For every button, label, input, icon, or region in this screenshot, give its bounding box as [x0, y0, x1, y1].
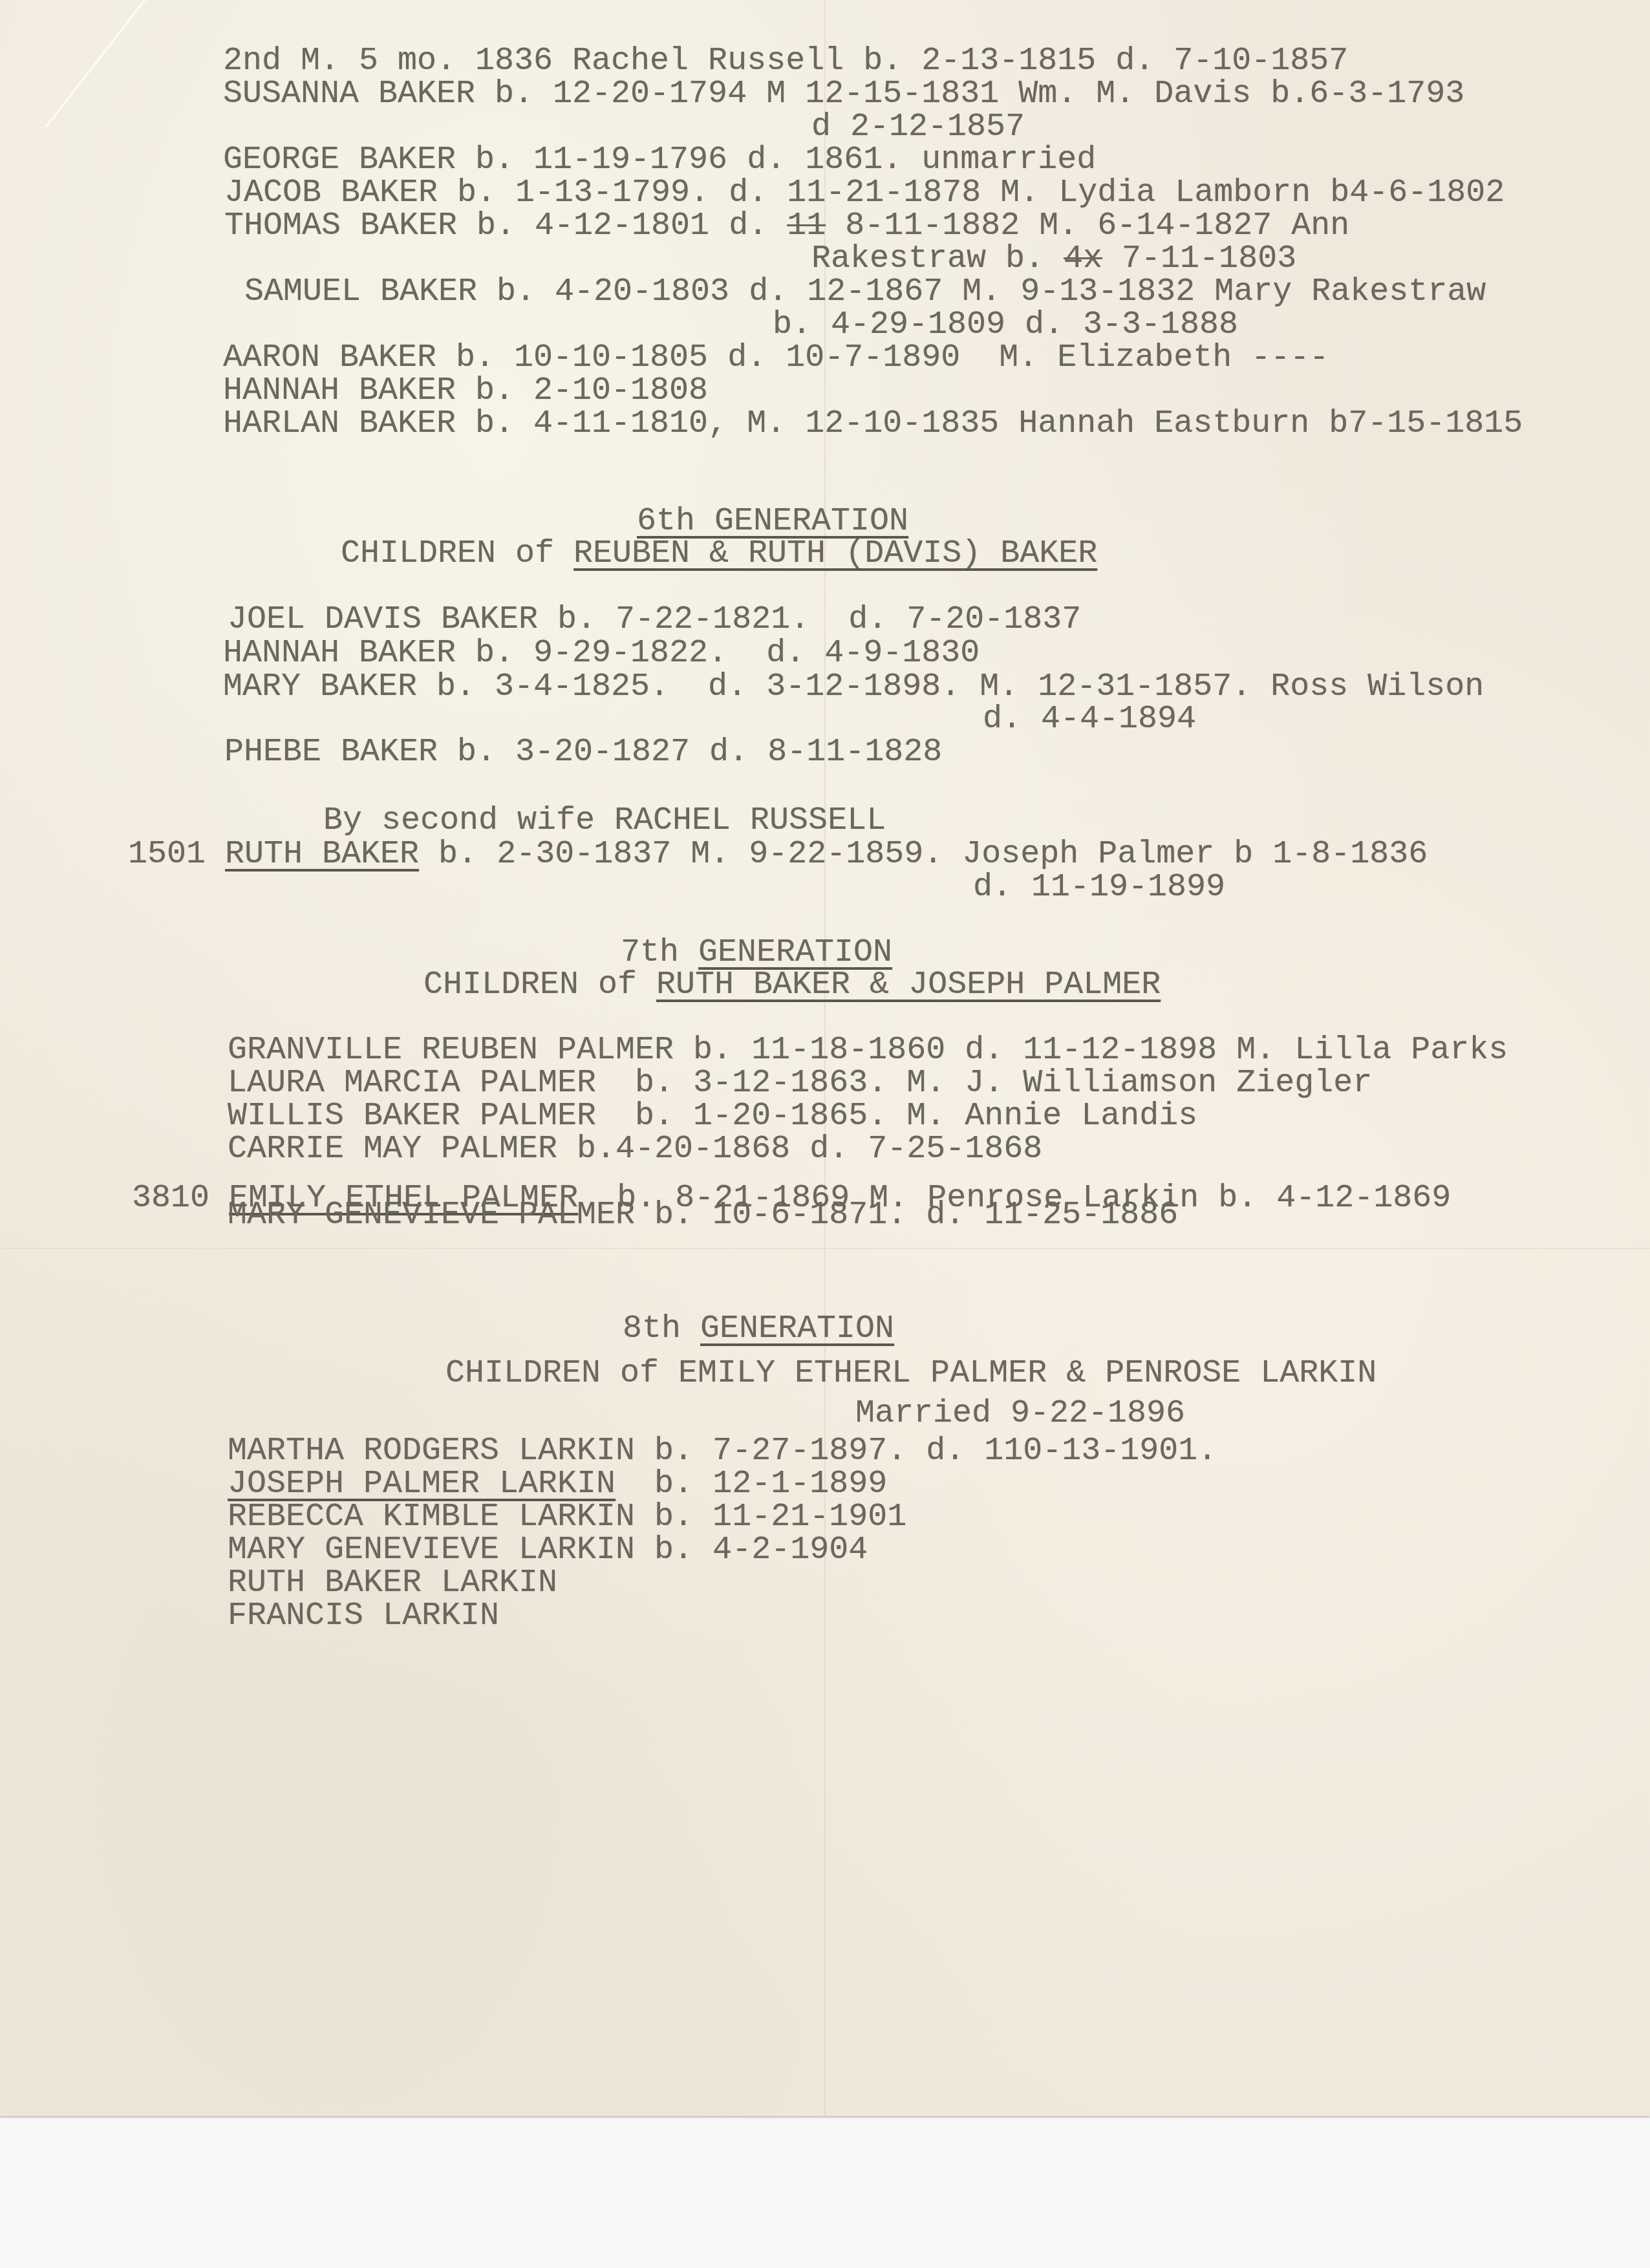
- heading-word: GENERATION: [700, 1311, 894, 1347]
- entry-line: JACOB BAKER b. 1-13-1799. d. 11-21-1878 …: [224, 177, 1505, 209]
- entry-line: WILLIS BAKER PALMER b. 1-20-1865. M. Ann…: [228, 1100, 1197, 1133]
- marriage-date: Married 9-22-1896: [855, 1398, 1185, 1430]
- subheading-prefix: CHILDREN of: [423, 967, 656, 1003]
- entry-text: b. 2-30-1837 M. 9-22-1859. Joseph Palmer…: [419, 836, 1428, 873]
- heading-number: 7th: [621, 934, 698, 971]
- entry-line: MARY BAKER b. 3-4-1825. d. 3-12-1898. M.…: [223, 671, 1484, 703]
- entry-line-ruth-baker: 1501 RUTH BAKER b. 2-30-1837 M. 9-22-185…: [128, 839, 1428, 871]
- generation-subheading: CHILDREN of RUTH BAKER & JOSEPH PALMER: [423, 969, 1161, 1001]
- entry-line: GEORGE BAKER b. 11-19-1796 d. 1861. unma…: [223, 144, 1096, 177]
- entry-line: 2nd M. 5 mo. 1836 Rachel Russell b. 2-13…: [223, 45, 1348, 78]
- heading-word: GENERATION: [698, 934, 892, 971]
- heading-word: GENERATION: [714, 503, 908, 540]
- entry-line: FRANCIS LARKIN: [228, 1600, 499, 1632]
- entry-text: b. 12-1-1899: [616, 1466, 887, 1503]
- entry-line: SUSANNA BAKER b. 12-20-1794 M 12-15-1831…: [223, 78, 1464, 111]
- reference-number: 3810: [132, 1180, 209, 1217]
- entry-continuation: Rakestraw b. 4x 7-11-1803: [811, 243, 1296, 275]
- generation-heading: 6th GENERATION: [637, 506, 908, 538]
- entry-continuation: b. 4-29-1809 d. 3-3-1888: [773, 309, 1238, 341]
- entry-continuation: d. 4-4-1894: [983, 703, 1196, 736]
- entry-line: AARON BAKER b. 10-10-1805 d. 10-7-1890 M…: [223, 342, 1329, 374]
- entry-line: REBECCA KIMBLE LARKIN b. 11-21-1901: [228, 1501, 906, 1534]
- horizontal-fold-crease: [0, 1248, 1650, 1249]
- typed-page: 2nd M. 5 mo. 1836 Rachel Russell b. 2-13…: [0, 0, 1650, 2116]
- entry-line: SAMUEL BAKER b. 4-20-1803 d. 12-1867 M. …: [244, 276, 1486, 308]
- generation-heading: 8th GENERATION: [623, 1313, 894, 1345]
- entry-text: Rakestraw b.: [811, 241, 1064, 277]
- entry-continuation: d. 11-19-1899: [973, 872, 1225, 904]
- subheading-prefix: CHILDREN of: [341, 535, 573, 572]
- entry-line: MARY GENEVIEVE PALMER b. 10-6-1871. d. 1…: [228, 1199, 1178, 1232]
- generation-heading: 7th GENERATION: [621, 937, 892, 969]
- corner-crease: [45, 0, 150, 127]
- heading-number: 6th: [637, 503, 714, 540]
- entry-line: MARY GENEVIEVE LARKIN b. 4-2-1904: [228, 1534, 868, 1567]
- entry-line: HANNAH BAKER b. 9-29-1822. d. 4-9-1830: [223, 637, 980, 670]
- entry-text: 7-11-1803: [1102, 241, 1296, 277]
- underlined-name: RUTH BAKER: [225, 836, 419, 873]
- generation-subheading: CHILDREN of EMILY ETHERL PALMER & PENROS…: [445, 1358, 1377, 1390]
- generation-subheading: CHILDREN of REUBEN & RUTH (DAVIS) BAKER: [341, 538, 1097, 570]
- entry-text: THOMAS BAKER b. 4-12-1801 d.: [224, 208, 787, 244]
- heading-number: 8th: [623, 1311, 700, 1347]
- parents-names: RUTH BAKER & JOSEPH PALMER: [656, 967, 1161, 1003]
- parents-names: REUBEN & RUTH (DAVIS) BAKER: [573, 535, 1097, 572]
- entry-line: HARLAN BAKER b. 4-11-1810, M. 12-10-1835…: [223, 408, 1523, 440]
- entry-line: RUTH BAKER LARKIN: [228, 1567, 557, 1599]
- entry-line: JOSEPH PALMER LARKIN b. 12-1-1899: [228, 1468, 887, 1501]
- second-wife-note: By second wife RACHEL RUSSELL: [323, 805, 886, 837]
- entry-continuation: d 2-12-1857: [811, 111, 1025, 144]
- entry-line: PHEBE BAKER b. 3-20-1827 d. 8-11-1828: [224, 736, 942, 769]
- underlined-name: JOSEPH PALMER LARKIN: [228, 1466, 616, 1503]
- struck-out-text: 11: [787, 208, 826, 244]
- entry-line: HANNAH BAKER b. 2-10-1808: [223, 375, 708, 407]
- reference-number: 1501: [128, 836, 206, 873]
- entry-line: LAURA MARCIA PALMER b. 3-12-1863. M. J. …: [228, 1067, 1372, 1100]
- entry-line: CARRIE MAY PALMER b.4-20-1868 d. 7-25-18…: [228, 1133, 1042, 1166]
- entry-line: MARTHA RODGERS LARKIN b. 7-27-1897. d. 1…: [228, 1435, 1217, 1468]
- entry-line: GRANVILLE REUBEN PALMER b. 11-18-1860 d.…: [228, 1034, 1508, 1067]
- entry-text: 8-11-1882 M. 6-14-1827 Ann: [826, 208, 1349, 244]
- struck-out-text: 4x: [1064, 241, 1102, 277]
- entry-line: THOMAS BAKER b. 4-12-1801 d. 11 8-11-188…: [224, 210, 1349, 242]
- entry-line: JOEL DAVIS BAKER b. 7-22-1821. d. 7-20-1…: [228, 604, 1081, 636]
